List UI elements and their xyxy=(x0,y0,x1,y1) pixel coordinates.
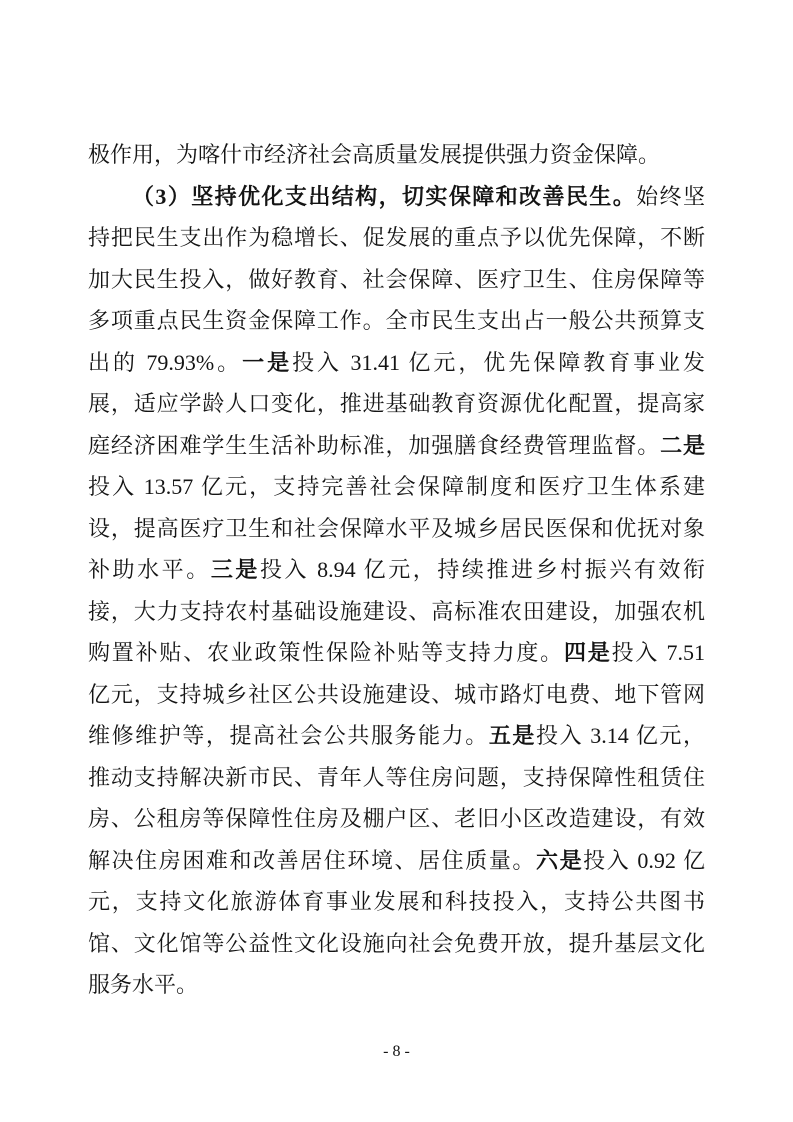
text-line: 持把民生支出作为稳增长、促发展的重点予以优先保障，不断 xyxy=(88,217,705,259)
text-segment: 投入 3.14 亿元， xyxy=(536,723,705,748)
text-segment: 极作用，为喀什市经济社会高质量发展提供强力资金保障。 xyxy=(88,142,660,167)
text-segment: 馆、文化馆等公益性文化设施向社会免费开放，提升基层文化 xyxy=(88,931,705,956)
text-segment: 展，适应学龄人口变化，推进基础教育资源优化配置，提高家 xyxy=(88,391,705,416)
text-segment: 投入 13.57 亿元，支持完善社会保障制度和医疗卫生体系建 xyxy=(88,474,705,499)
text-line: 解决住房困难和改善居住环境、居住质量。六是投入 0.92 亿 xyxy=(88,840,705,882)
text-line: 设，提高医疗卫生和社会保障水平及城乡居民医保和优抚对象 xyxy=(88,508,705,550)
text-line: 购置补贴、农业政策性保险补贴等支持力度。四是投入 7.51 xyxy=(88,632,705,674)
text-segment: 设，提高医疗卫生和社会保障水平及城乡居民医保和优抚对象 xyxy=(88,516,705,541)
text-line: 维修维护等，提高社会公共服务能力。五是投入 3.14 亿元， xyxy=(88,715,705,757)
text-line: 出的 79.93%。一是投入 31.41 亿元，优先保障教育事业发 xyxy=(88,342,705,384)
text-line: 庭经济困难学生生活补助标准，加强膳食经费管理监督。二是 xyxy=(88,425,705,467)
text-line: 推动支持解决新市民、青年人等住房问题，支持保障性租赁住 xyxy=(88,757,705,799)
text-segment: 始终坚 xyxy=(636,184,705,209)
text-segment: 投入 8.94 亿元，持续推进乡村振兴有效衔 xyxy=(260,557,705,582)
text-line: 加大民生投入，做好教育、社会保障、医疗卫生、住房保障等 xyxy=(88,259,705,301)
text-segment: 解决住房困难和改善居住环境、居住质量。 xyxy=(88,848,536,873)
text-line: 元，支持文化旅游体育事业发展和科技投入，支持公共图书 xyxy=(88,881,705,923)
text-segment: 投入 31.41 亿元，优先保障教育事业发 xyxy=(292,350,705,375)
text-segment: 庭经济困难学生生活补助标准，加强膳食经费管理监督。 xyxy=(88,433,660,458)
text-segment: 服务水平。 xyxy=(88,972,198,997)
text-segment: 元，支持文化旅游体育事业发展和科技投入，支持公共图书 xyxy=(88,889,705,914)
text-segment: 多项重点民生资金保障工作。全市民生支出占一般公共预算支 xyxy=(88,308,705,333)
text-line: 服务水平。 xyxy=(88,964,705,1006)
text-line: 展，适应学龄人口变化，推进基础教育资源优化配置，提高家 xyxy=(88,383,705,425)
text-segment: 持把民生支出作为稳增长、促发展的重点予以优先保障，不断 xyxy=(88,225,705,250)
text-line: 馆、文化馆等公益性文化设施向社会免费开放，提升基层文化 xyxy=(88,923,705,965)
page-footer: - 8 - xyxy=(0,1042,793,1062)
text-segment: 推动支持解决新市民、青年人等住房问题，支持保障性租赁住 xyxy=(88,765,705,790)
bold-text-segment: 五是 xyxy=(489,723,536,748)
document-page: 极作用，为喀什市经济社会高质量发展提供强力资金保障。（3）坚持优化支出结构，切实… xyxy=(0,0,793,1122)
text-line: 接，大力支持农村基础设施建设、高标准农田建设，加强农机 xyxy=(88,591,705,633)
text-line: 投入 13.57 亿元，支持完善社会保障制度和医疗卫生体系建 xyxy=(88,466,705,508)
bold-text-segment: 一是 xyxy=(242,350,292,375)
bold-text-segment: （3）坚持优化支出结构，切实保障和改善民生。 xyxy=(132,184,636,209)
text-line: 多项重点民生资金保障工作。全市民生支出占一般公共预算支 xyxy=(88,300,705,342)
bold-text-segment: 六是 xyxy=(536,848,583,873)
text-segment: 投入 0.92 亿 xyxy=(583,848,705,873)
text-line: 亿元，支持城乡社区公共设施建设、城市路灯电费、地下管网 xyxy=(88,674,705,716)
text-line: 房、公租房等保障性住房及棚户区、老旧小区改造建设，有效 xyxy=(88,798,705,840)
page-number: - 8 - xyxy=(383,1043,410,1060)
text-segment: 房、公租房等保障性住房及棚户区、老旧小区改造建设，有效 xyxy=(88,806,705,831)
text-segment: 投入 7.51 xyxy=(612,640,705,665)
text-line: （3）坚持优化支出结构，切实保障和改善民生。始终坚 xyxy=(88,176,705,218)
text-line: 极作用，为喀什市经济社会高质量发展提供强力资金保障。 xyxy=(88,134,705,176)
bold-text-segment: 二是 xyxy=(660,433,705,458)
text-segment: 补助水平。 xyxy=(88,557,211,582)
text-segment: 购置补贴、农业政策性保险补贴等支持力度。 xyxy=(88,640,564,665)
text-segment: 亿元，支持城乡社区公共设施建设、城市路灯电费、地下管网 xyxy=(88,682,705,707)
document-body: 极作用，为喀什市经济社会高质量发展提供强力资金保障。（3）坚持优化支出结构，切实… xyxy=(88,134,705,1006)
text-segment: 接，大力支持农村基础设施建设、高标准农田建设，加强农机 xyxy=(88,599,705,624)
bold-text-segment: 四是 xyxy=(564,640,612,665)
bold-text-segment: 三是 xyxy=(211,557,260,582)
text-segment: 加大民生投入，做好教育、社会保障、医疗卫生、住房保障等 xyxy=(88,267,705,292)
text-segment: 出的 79.93%。 xyxy=(88,350,242,375)
text-segment: 维修维护等，提高社会公共服务能力。 xyxy=(88,723,489,748)
text-line: 补助水平。三是投入 8.94 亿元，持续推进乡村振兴有效衔 xyxy=(88,549,705,591)
